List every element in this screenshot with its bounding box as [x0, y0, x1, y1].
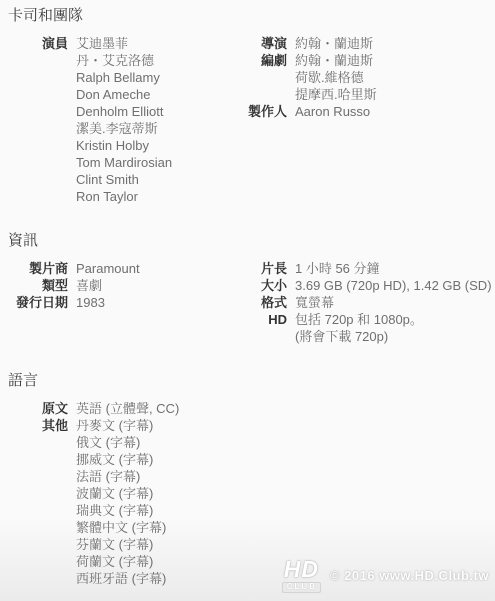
value-line: 丹・艾克洛德 [76, 52, 172, 69]
value-line: Tom Mardirosian [76, 154, 172, 171]
field-label: 編劇 [220, 52, 287, 69]
field-values: 約翰・蘭迪斯 [295, 35, 373, 52]
value-line: 波蘭文 (字幕) [76, 485, 166, 502]
field-values: 1983 [76, 294, 105, 311]
field-values: 喜劇 [76, 277, 102, 294]
hdclub-logo-club-text: CLUB [282, 582, 321, 593]
field-values: 丹麥文 (字幕)俄文 (字幕)挪威文 (字幕)法語 (字幕)波蘭文 (字幕)瑞典… [76, 417, 166, 587]
hdclub-watermark: HD CLUB © 2016 www.HD.Club.tw [282, 558, 489, 593]
value-line: Paramount [76, 260, 140, 277]
value-line: 喜劇 [76, 277, 102, 294]
value-line: 法語 (字幕) [76, 468, 166, 485]
hdclub-logo-hd-text: HD [284, 558, 319, 581]
field-row: 類型 喜劇 [0, 277, 220, 294]
field-label: 原文 [0, 400, 68, 417]
field-row: 發行日期 1983 [0, 294, 220, 311]
field-label: HD [220, 311, 287, 328]
value-line: Ralph Bellamy [76, 69, 172, 86]
cast-column-left: 演員 艾迪墨菲丹・艾克洛德Ralph BellamyDon AmecheDenh… [0, 35, 220, 205]
field-label: 格式 [220, 294, 287, 311]
value-line: 1 小時 56 分鐘 [295, 260, 380, 277]
movie-info-page: { "sections": { "cast": { "title": "卡司和團… [0, 0, 495, 601]
value-line: 約翰・蘭迪斯 [295, 35, 373, 52]
value-line: Clint Smith [76, 171, 172, 188]
field-label: 導演 [220, 35, 287, 52]
field-row: 原文 英語 (立體聲, CC) [0, 400, 220, 417]
field-values: 寬螢幕 [295, 294, 334, 311]
value-line: 挪威文 (字幕) [76, 451, 166, 468]
value-line: 西班牙語 (字幕) [76, 570, 166, 587]
value-line: Ron Taylor [76, 188, 172, 205]
field-label: 製片商 [0, 260, 68, 277]
value-line: Kristin Holby [76, 137, 172, 154]
info-column-right: 片長 1 小時 56 分鐘 大小 3.69 GB (720p HD), 1.42… [220, 260, 495, 345]
field-label: 大小 [220, 277, 287, 294]
languages-column-left: 原文 英語 (立體聲, CC) 其他 丹麥文 (字幕)俄文 (字幕)挪威文 (字… [0, 400, 220, 587]
field-label: 發行日期 [0, 294, 68, 311]
field-values: 1 小時 56 分鐘 [295, 260, 380, 277]
cast-section-title: 卡司和團隊 [0, 0, 495, 26]
field-row: 大小 3.69 GB (720p HD), 1.42 GB (SD) [220, 277, 495, 294]
value-line: 荷蘭文 (字幕) [76, 553, 166, 570]
field-values: 3.69 GB (720p HD), 1.42 GB (SD) [295, 277, 492, 294]
field-values: 英語 (立體聲, CC) [76, 400, 179, 417]
copyright-text: © 2016 www.HD.Club.tw [330, 567, 489, 584]
value-line: Denholm Elliott [76, 103, 172, 120]
field-values: 包括 720p 和 1080p。(將會下載 720p) [295, 311, 423, 345]
field-label: 其他 [0, 417, 68, 434]
field-row: 製片商 Paramount [0, 260, 220, 277]
languages-section-title: 語言 [0, 371, 495, 391]
value-line: 艾迪墨菲 [76, 35, 172, 52]
value-line: 英語 (立體聲, CC) [76, 400, 179, 417]
info-section-columns: 製片商 Paramount 類型 喜劇 發行日期 1983 片長 1 小時 56… [0, 260, 495, 345]
field-row: 編劇 約翰・蘭迪斯荷歇.維格德提摩西.哈里斯 [220, 52, 495, 103]
value-line: 俄文 (字幕) [76, 434, 166, 451]
value-line: 繁體中文 (字幕) [76, 519, 166, 536]
field-values: Aaron Russo [295, 103, 370, 120]
field-label: 製作人 [220, 103, 287, 120]
value-line: Aaron Russo [295, 103, 370, 120]
info-section-title: 資訊 [0, 231, 495, 251]
cast-column-right: 導演 約翰・蘭迪斯 編劇 約翰・蘭迪斯荷歇.維格德提摩西.哈里斯 製作人 Aar… [220, 35, 495, 205]
value-line: 包括 720p 和 1080p。 [295, 311, 423, 328]
value-line: 瑞典文 (字幕) [76, 502, 166, 519]
field-label: 片長 [220, 260, 287, 277]
value-line: 1983 [76, 294, 105, 311]
field-row: 演員 艾迪墨菲丹・艾克洛德Ralph BellamyDon AmecheDenh… [0, 35, 220, 205]
value-line: 3.69 GB (720p HD), 1.42 GB (SD) [295, 277, 492, 294]
value-line: 芬蘭文 (字幕) [76, 536, 166, 553]
cast-section-columns: 演員 艾迪墨菲丹・艾克洛德Ralph BellamyDon AmecheDenh… [0, 35, 495, 205]
field-label: 演員 [0, 35, 68, 52]
value-line: Don Ameche [76, 86, 172, 103]
info-column-left: 製片商 Paramount 類型 喜劇 發行日期 1983 [0, 260, 220, 345]
field-values: 約翰・蘭迪斯荷歇.維格德提摩西.哈里斯 [295, 52, 377, 103]
field-row: 導演 約翰・蘭迪斯 [220, 35, 495, 52]
hdclub-logo-icon: HD CLUB [282, 558, 321, 593]
field-row: HD 包括 720p 和 1080p。(將會下載 720p) [220, 311, 495, 345]
value-line: 潔美.李寇蒂斯 [76, 120, 172, 137]
field-label: 類型 [0, 277, 68, 294]
field-row: 片長 1 小時 56 分鐘 [220, 260, 495, 277]
value-line: (將會下載 720p) [295, 328, 423, 345]
field-row: 其他 丹麥文 (字幕)俄文 (字幕)挪威文 (字幕)法語 (字幕)波蘭文 (字幕… [0, 417, 220, 587]
field-values: 艾迪墨菲丹・艾克洛德Ralph BellamyDon AmecheDenholm… [76, 35, 172, 205]
value-line: 寬螢幕 [295, 294, 334, 311]
value-line: 提摩西.哈里斯 [295, 86, 377, 103]
value-line: 荷歇.維格德 [295, 69, 377, 86]
value-line: 丹麥文 (字幕) [76, 417, 166, 434]
field-values: Paramount [76, 260, 140, 277]
field-row: 格式 寬螢幕 [220, 294, 495, 311]
field-row: 製作人 Aaron Russo [220, 103, 495, 120]
value-line: 約翰・蘭迪斯 [295, 52, 377, 69]
